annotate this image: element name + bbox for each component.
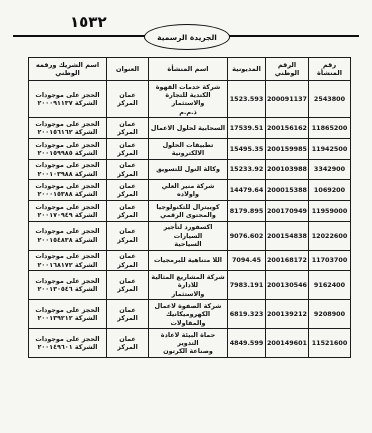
cell-address: عمان المركز [107, 81, 149, 118]
gazette-title-oval: الجريدة الرسمية [144, 24, 230, 50]
cell-debt: 9076.602 [228, 221, 266, 250]
cell-est_no: 9208900 [309, 300, 351, 329]
table-header-row: رقم المنشأةالرقم الوطنيالمديونيةاسم المن… [29, 58, 351, 81]
table-body: 25438002000911371523.593شركة خدمات القهو… [29, 81, 351, 358]
cell-debt: 15233.92 [228, 159, 266, 180]
cell-action: الحجز على موجودات الشركة ٢٠٠١٧٠٩٤٩ [29, 201, 107, 222]
cell-address: عمان المركز [107, 139, 149, 160]
table-row: 25438002000911371523.593شركة خدمات القهو… [29, 81, 351, 118]
table-row: 1194250020015998515495.35تطبيقات الحلول … [29, 139, 351, 160]
cell-est_no: 9162400 [309, 271, 351, 300]
cell-debt: 1523.593 [228, 81, 266, 118]
cell-national_no: 200139212 [266, 300, 309, 329]
cell-name: اللا متناهية للبرمجيات [149, 250, 228, 271]
cell-action: الحجز على موجودات الشركة ٢٠٠١٠٣٩٨٨ [29, 159, 107, 180]
cell-est_no: 11865200 [309, 118, 351, 139]
cell-debt: 17539.51 [228, 118, 266, 139]
cell-name: شركة الصفوة لاعمال الكهروميكانيك والمقاو… [149, 300, 228, 329]
cell-address: عمان المركز [107, 159, 149, 180]
cell-debt: 8179.895 [228, 201, 266, 222]
table-row: 117037002001681727094.45اللا متناهية للب… [29, 250, 351, 271]
cell-est_no: 2543800 [309, 81, 351, 118]
cell-action: الحجز على موجودات الشركة ٢٠٠١٦٨١٧٢ [29, 250, 107, 271]
cell-action: الحجز على موجودات الشركة ٢٠٠١٥٩٩٨٥ [29, 139, 107, 160]
cell-action: الحجز على موجودات الشركة ٢٠٠٠١٥٣٨٨ [29, 180, 107, 201]
column-header-name: اسم المنشأة [149, 58, 228, 81]
table-row: 334290020010398815233.92وكالة النول للتس… [29, 159, 351, 180]
cell-debt: 14479.64 [228, 180, 266, 201]
column-header-est_no: رقم المنشأة [309, 58, 351, 81]
cell-name: تطبيقات الحلول الالكترونية [149, 139, 228, 160]
gazette-title: الجريدة الرسمية [157, 33, 217, 42]
cell-name: كوبيترال للتكنولوجيا والمحتوى الرقمي [149, 201, 228, 222]
cell-action: الحجز على موجودات الشركة ٢٠٠١٣٩٢١٢ [29, 300, 107, 329]
cell-national_no: 200156162 [266, 118, 309, 139]
cell-national_no: 200103988 [266, 159, 309, 180]
cell-address: عمان المركز [107, 221, 149, 250]
gazette-page: ١٥٣٢ الجريدة الرسمية رقم المنشأةالرقم ال… [0, 0, 372, 433]
cell-debt: 6819.323 [228, 300, 266, 329]
cell-name: شركة منير العلي واولاده [149, 180, 228, 201]
cell-name: حماة البيئة لاعادة التدوير وصناعة الكرتو… [149, 329, 228, 358]
cell-national_no: 200168172 [266, 250, 309, 271]
column-header-debt: المديونية [228, 58, 266, 81]
cell-national_no: 200130546 [266, 271, 309, 300]
cell-est_no: 12022600 [309, 221, 351, 250]
cell-address: عمان المركز [107, 180, 149, 201]
cell-action: الحجز على موجودات الشركة ٢٠٠١٤٩٦٠١ [29, 329, 107, 358]
cell-national_no: 200149601 [266, 329, 309, 358]
cell-name: شركة المشاريع المثالية للادارة والاستثما… [149, 271, 228, 300]
cell-address: عمان المركز [107, 118, 149, 139]
cell-est_no: 11703700 [309, 250, 351, 271]
cell-est_no: 11942500 [309, 139, 351, 160]
cell-est_no: 1069200 [309, 180, 351, 201]
cell-action: الحجز على موجودات الشركة ٢٠٠٠٩١١٣٧ [29, 81, 107, 118]
cell-address: عمان المركز [107, 300, 149, 329]
cell-debt: 7094.45 [228, 250, 266, 271]
cell-action: الحجز على موجودات الشركة ٢٠٠١٥٦١٦٢ [29, 118, 107, 139]
cell-action: الحجز على موجودات الشركة ٢٠٠١٣٠٥٤٦ [29, 271, 107, 300]
cell-name: شركة خدمات القهوة الكندية للتجارة والاست… [149, 81, 228, 118]
table-row: 120226002001548389076.602اكسفورد لتأجير … [29, 221, 351, 250]
cell-national_no: 200154838 [266, 221, 309, 250]
cell-debt: 7983.191 [228, 271, 266, 300]
cell-name: وكالة النول للتسويق [149, 159, 228, 180]
page-number: ١٥٣٢ [70, 13, 107, 31]
cell-address: عمان المركز [107, 201, 149, 222]
cell-est_no: 11959000 [309, 201, 351, 222]
cell-name: اكسفورد لتأجير السيارات السياحية [149, 221, 228, 250]
table-row: 92089002001392126819.323شركة الصفوة لاعم… [29, 300, 351, 329]
column-header-address: العنوان [107, 58, 149, 81]
table-row: 119590002001709498179.895كوبيترال للتكنو… [29, 201, 351, 222]
cell-address: عمان المركز [107, 250, 149, 271]
cell-est_no: 11521600 [309, 329, 351, 358]
cell-national_no: 200015388 [266, 180, 309, 201]
table-row: 106920020001538814479.64شركة منير العلي … [29, 180, 351, 201]
column-header-action: اسم الشريك ورقمه الوطني [29, 58, 107, 81]
cell-name: السحابية لحلول الاعمال [149, 118, 228, 139]
cell-address: عمان المركز [107, 271, 149, 300]
cell-national_no: 200091137 [266, 81, 309, 118]
table-row: 91624002001305467983.191شركة المشاريع ال… [29, 271, 351, 300]
cell-action: الحجز على موجودات الشركة ٢٠٠١٥٤٨٣٨ [29, 221, 107, 250]
companies-table: رقم المنشأةالرقم الوطنيالمديونيةاسم المن… [28, 57, 351, 358]
table-row: 115216002001496014849.599حماة البيئة لاع… [29, 329, 351, 358]
cell-national_no: 200159985 [266, 139, 309, 160]
cell-national_no: 200170949 [266, 201, 309, 222]
cell-est_no: 3342900 [309, 159, 351, 180]
column-header-national_no: الرقم الوطني [266, 58, 309, 81]
cell-address: عمان المركز [107, 329, 149, 358]
cell-debt: 4849.599 [228, 329, 266, 358]
table-row: 1186520020015616217539.51السحابية لحلول … [29, 118, 351, 139]
cell-debt: 15495.35 [228, 139, 266, 160]
